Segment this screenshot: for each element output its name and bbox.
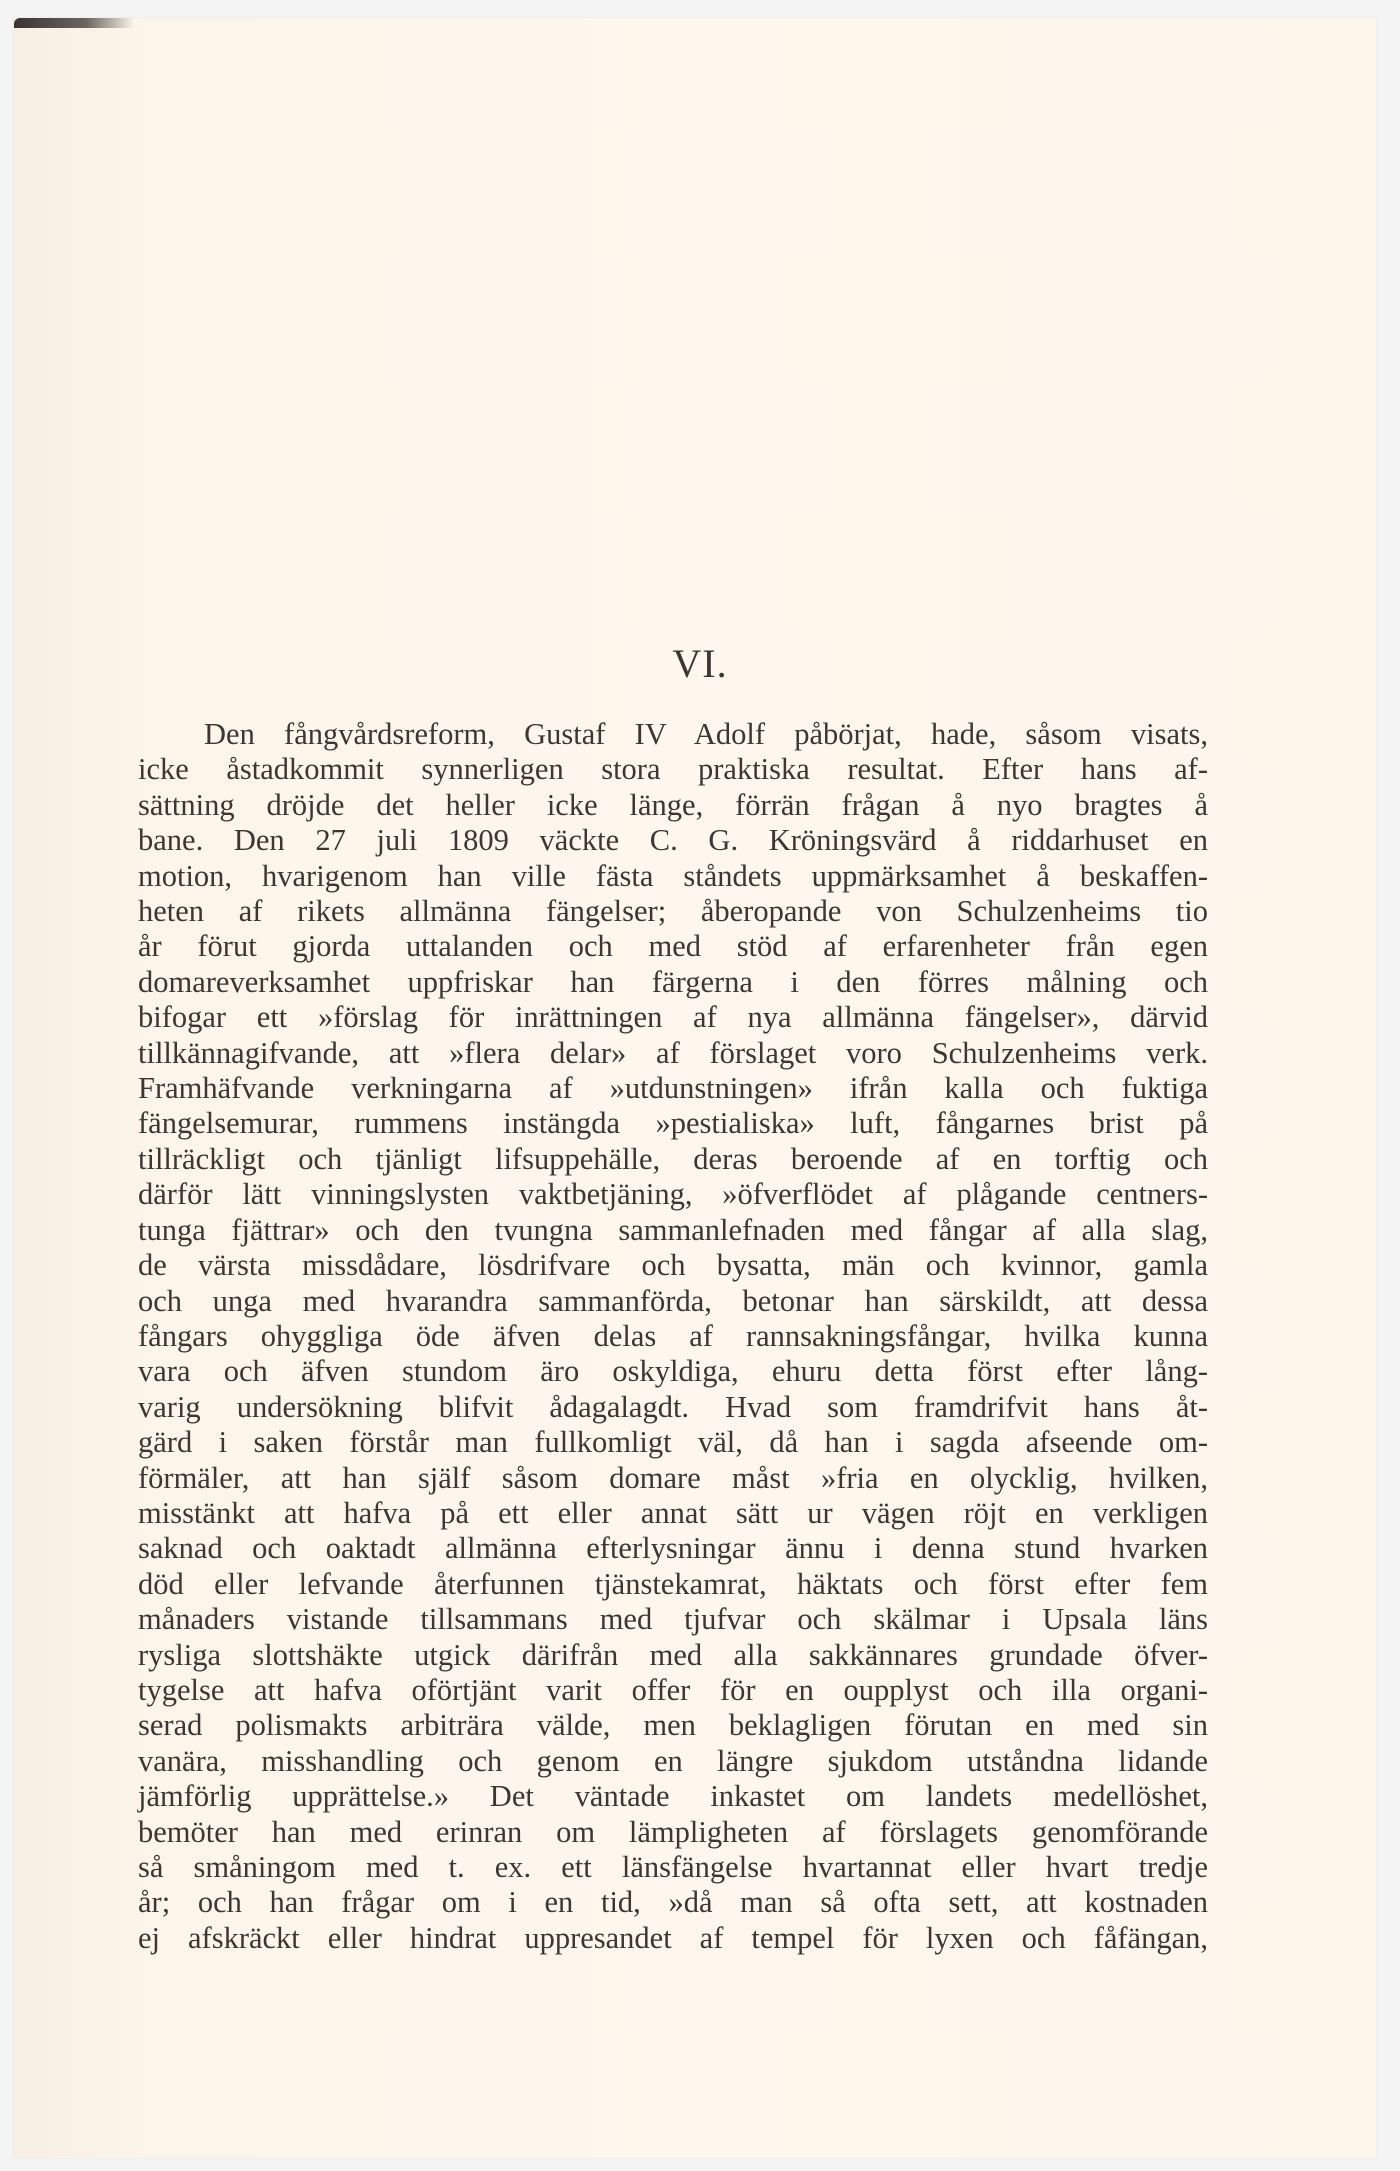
text-line: varig undersökning blifvit ådagalagdt. H…	[138, 1390, 1208, 1425]
text-line: tillkännagifvande, att »flera delar» af …	[138, 1036, 1208, 1071]
text-line: saknad och oaktadt allmänna efterlysning…	[138, 1531, 1208, 1566]
text-line: ej afskräckt eller hindrat uppresandet a…	[138, 1921, 1208, 1956]
text-line: tunga fjättrar» och den tvungna sammanle…	[138, 1213, 1208, 1248]
text-line: år förut gjorda uttalanden och med stöd …	[138, 929, 1208, 964]
text-line: jämförlig upprättelse.» Det väntade inka…	[138, 1779, 1208, 1814]
text-line: vara och äfven stundom äro oskyldiga, eh…	[138, 1354, 1208, 1389]
text-line: fängelsemurar, rummens instängda »pestia…	[138, 1106, 1208, 1141]
text-line: tillräckligt och tjänligt lifsuppehälle,…	[138, 1142, 1208, 1177]
text-line: död eller lefvande återfunnen tjänstekam…	[138, 1567, 1208, 1602]
text-line: gärd i saken förstår man fullkomligt väl…	[138, 1425, 1208, 1460]
text-line: misstänkt att hafva på ett eller annat s…	[138, 1496, 1208, 1531]
text-line: icke åstadkommit synnerligen stora prakt…	[138, 752, 1208, 787]
text-line: serad polismakts arbiträra välde, men be…	[138, 1708, 1208, 1743]
text-line: och unga med hvarandra sammanförda, beto…	[138, 1284, 1208, 1319]
text-line: motion, hvarigenom han ville fästa stånd…	[138, 859, 1208, 894]
text-line: bifogar ett »förslag för inrättningen af…	[138, 1000, 1208, 1035]
text-line: domareverksamhet uppfriskar han färgerna…	[138, 965, 1208, 1000]
body-paragraph: Den fångvårdsreform, Gustaf IV Adolf påb…	[138, 717, 1208, 1956]
text-line: sättning dröjde det heller icke länge, f…	[138, 788, 1208, 823]
text-line: månaders vistande tillsammans med tjufva…	[138, 1602, 1208, 1637]
text-line: vanära, misshandling och genom en längre…	[138, 1744, 1208, 1779]
text-line: tygelse att hafva oförtjänt varit offer …	[138, 1673, 1208, 1708]
text-line: år; och han frågar om i en tid, »då man …	[138, 1885, 1208, 1920]
chapter-heading: VI.	[0, 640, 1400, 687]
text-line: Framhäfvande verkningarna af »utdunstnin…	[138, 1071, 1208, 1106]
text-line: bemöter han med erinran om lämpligheten …	[138, 1815, 1208, 1850]
text-line: de värsta missdådare, lösdrifvare och by…	[138, 1248, 1208, 1283]
text-line: heten af rikets allmänna fängelser; åber…	[138, 894, 1208, 929]
text-line: bane. Den 27 juli 1809 väckte C. G. Krön…	[138, 823, 1208, 858]
page-edge-shadow	[14, 18, 134, 28]
text-line: rysliga slottshäkte utgick därifrån med …	[138, 1638, 1208, 1673]
text-line: Den fångvårdsreform, Gustaf IV Adolf påb…	[138, 717, 1208, 752]
text-line: fångars ohyggliga öde äfven delas af ran…	[138, 1319, 1208, 1354]
text-line: förmäler, att han själf såsom domare mås…	[138, 1461, 1208, 1496]
text-line: så småningom med t. ex. ett länsfängelse…	[138, 1850, 1208, 1885]
text-line: därför lätt vinningslysten vaktbetjäning…	[138, 1177, 1208, 1212]
